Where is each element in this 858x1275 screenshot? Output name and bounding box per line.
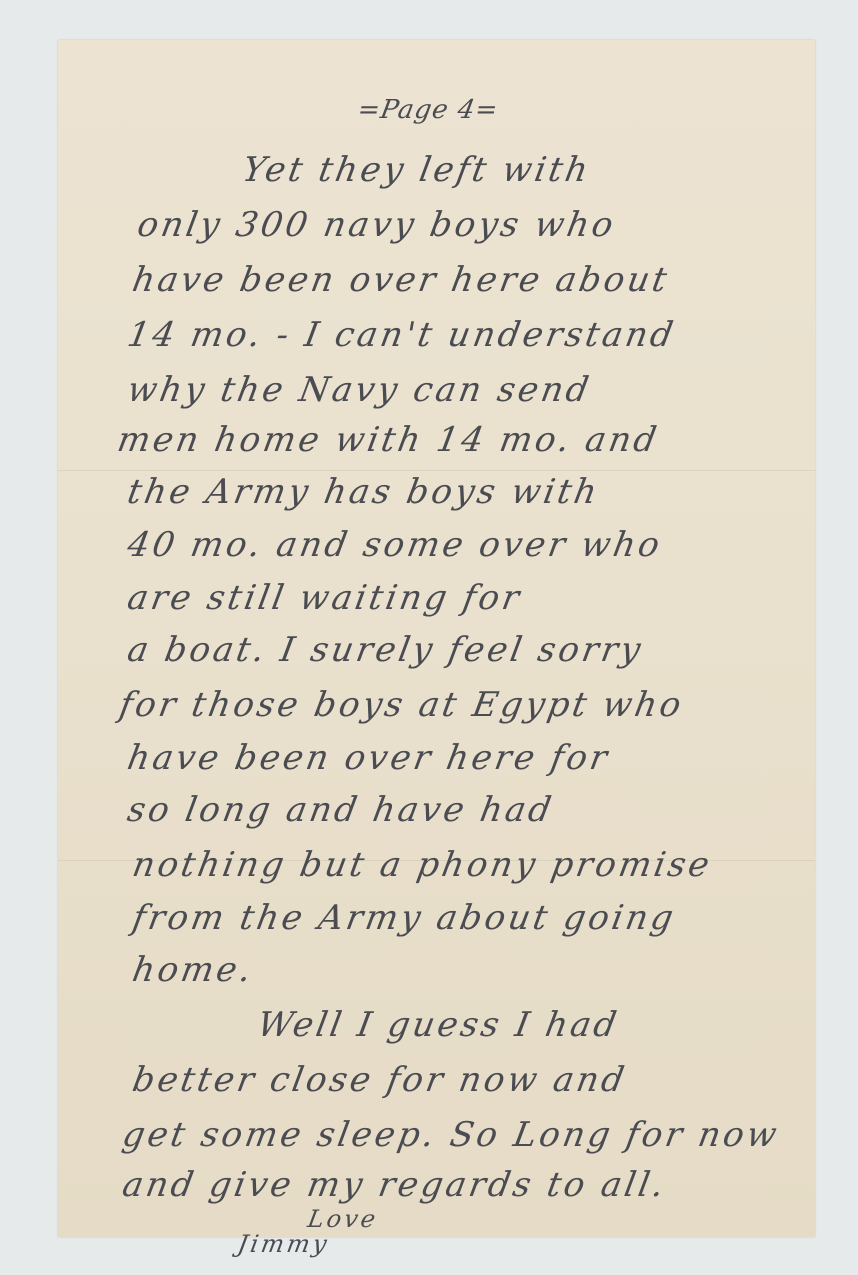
- letter-line: the Army has boys with: [124, 472, 602, 512]
- fold-crease: [58, 470, 815, 471]
- letter-line: have been over here for: [124, 738, 612, 778]
- letter-line: only 300 navy boys who: [134, 205, 619, 245]
- letter-line: from the Army about going: [129, 898, 679, 938]
- letter-line: Yet they left with: [239, 150, 593, 190]
- letter-line: Well I guess I had: [254, 1005, 622, 1045]
- letter-line: men home with 14 mo. and: [114, 420, 662, 460]
- letter-line: home.: [129, 950, 257, 990]
- letter-line: a boat. I surely feel sorry: [124, 630, 646, 670]
- letter-line: nothing but a phony promise: [129, 845, 715, 885]
- signature: Jimmy: [236, 1230, 332, 1258]
- letter-line: have been over here about: [129, 260, 672, 300]
- letter-closing: Love: [306, 1205, 381, 1233]
- letter-line: for those boys at Egypt who: [116, 685, 687, 725]
- letter-line: 14 mo. - I can't understand: [124, 315, 678, 355]
- page-label: =Page 4=: [355, 95, 501, 125]
- letter-page: =Page 4= Yet they left with only 300 nav…: [58, 40, 815, 1237]
- letter-line: better close for now and: [129, 1060, 630, 1100]
- letter-line: 40 mo. and some over who: [124, 525, 665, 565]
- letter-line: get some sleep. So Long for now: [119, 1115, 782, 1155]
- letter-line: and give my regards to all.: [119, 1165, 669, 1205]
- letter-line: why the Navy can send: [124, 370, 594, 410]
- letter-line: so long and have had: [124, 790, 557, 830]
- letter-line: are still waiting for: [124, 578, 525, 618]
